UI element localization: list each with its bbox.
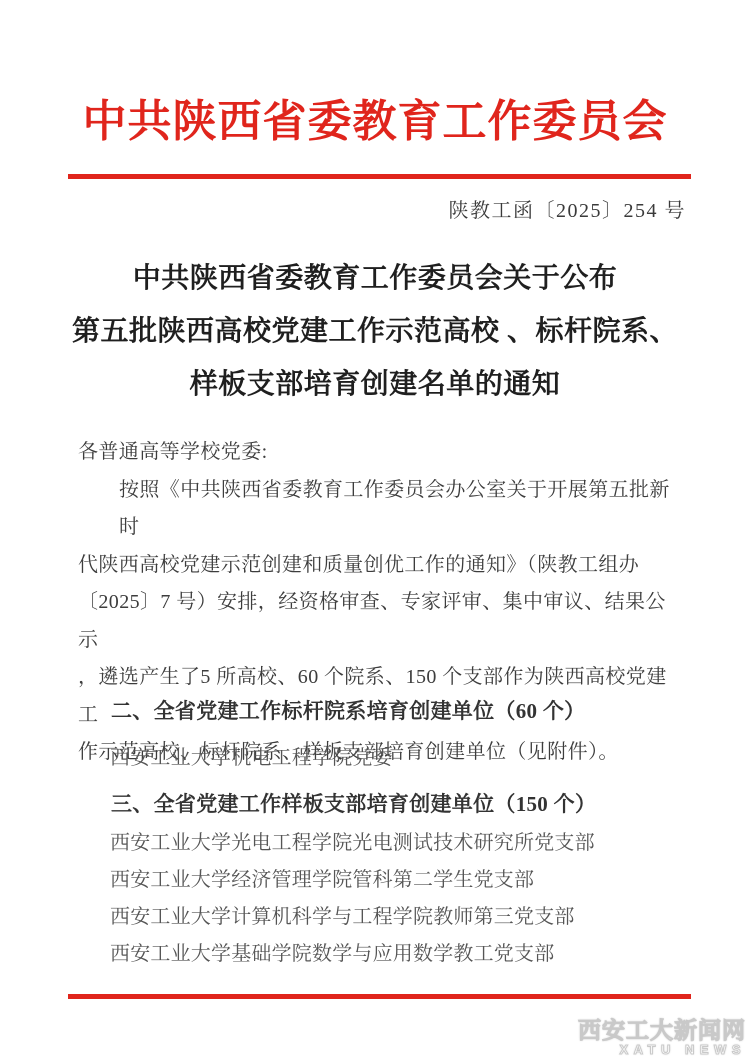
body-line-2: 代陕西高校党建示范创建和质量创优工作的通知》（陕教工组办	[78, 547, 678, 585]
document-number: 陕教工函〔2025〕254 号	[449, 194, 687, 223]
body-line-1: 按照《中共陕西省委教育工作委员会办公室关于开展第五批新时	[78, 472, 678, 547]
salutation: 各普通高等学校党委:	[78, 434, 678, 472]
section-3-item: 西安工业大学光电工程学院光电测试技术研究所党支部	[110, 826, 595, 855]
section-2-item: 西安工业大学机电工程学院党委	[110, 741, 393, 770]
title-line-1: 中共陕西省委教育工作委员会关于公布	[40, 252, 710, 305]
title-line-3: 样板支部培育创建名单的通知	[40, 358, 710, 411]
section-heading-2: 二、全省党建工作标杆院系培育创建单位（60 个）	[111, 695, 585, 725]
section-3-item: 西安工业大学经济管理学院管科第二学生党支部	[110, 863, 534, 892]
footer-divider-line	[68, 994, 691, 999]
watermark-chinese: 西安工大新闻网	[578, 1018, 746, 1042]
issuing-org-header: 中共陕西省委教育工作委员会	[0, 90, 750, 154]
body-line-3: 〔2025〕7 号）安排，经资格审查、专家评审、集中审议、结果公示	[78, 584, 678, 659]
title-line-2: 第五批陕西高校党建工作示范高校 、标杆院系、	[40, 305, 710, 358]
watermark-english: XATU NEWS	[578, 1043, 746, 1057]
document-page: 中共陕西省委教育工作委员会 陕教工函〔2025〕254 号 中共陕西省委教育工作…	[0, 0, 750, 1059]
section-heading-3: 三、全省党建工作样板支部培育创建单位（150 个）	[111, 788, 596, 818]
document-title: 中共陕西省委教育工作委员会关于公布 第五批陕西高校党建工作示范高校 、标杆院系、…	[40, 252, 710, 411]
section-3-item: 西安工业大学基础学院数学与应用数学教工党支部	[110, 937, 554, 966]
section-3-item: 西安工业大学计算机科学与工程学院教师第三党支部	[110, 900, 575, 929]
site-watermark: 西安工大新闻网 XATU NEWS	[578, 1018, 746, 1057]
header-divider-line	[68, 174, 691, 179]
